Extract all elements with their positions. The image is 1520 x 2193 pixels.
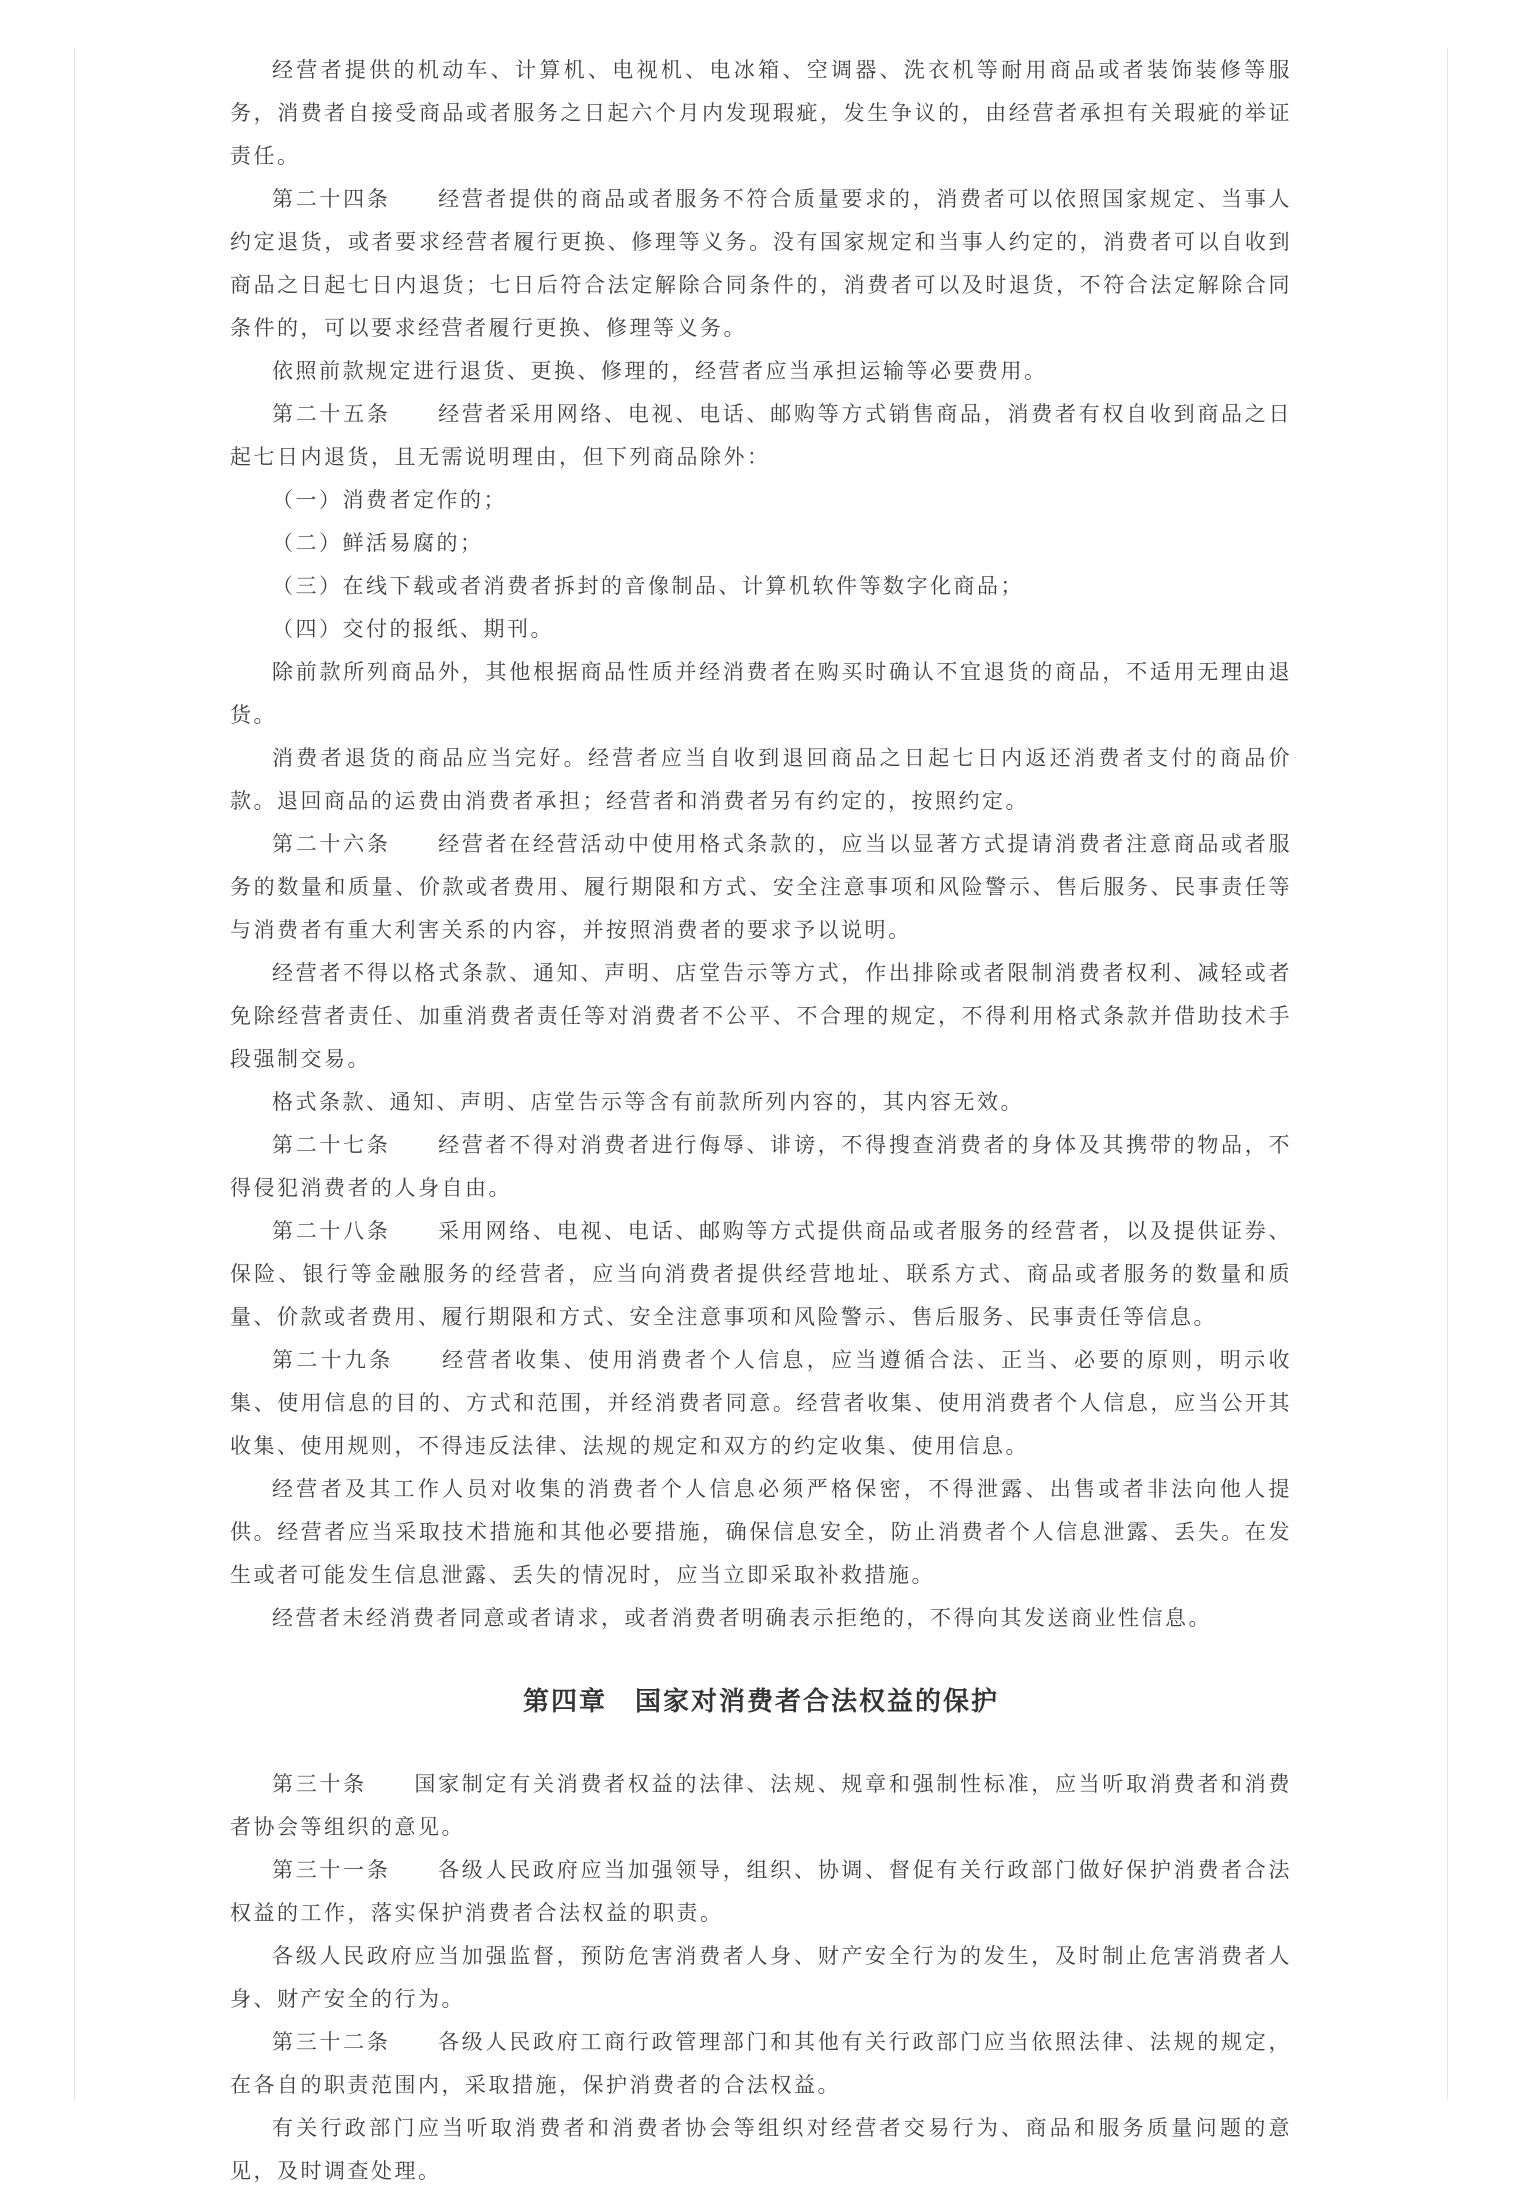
law-paragraph: （一）消费者定作的；: [230, 479, 1292, 522]
law-paragraph: 第三十二条 各级人民政府工商行政管理部门和其他有关行政部门应当依照法律、法规的规…: [230, 2021, 1292, 2107]
law-paragraph: 消费者退货的商品应当完好。经营者应当自收到退回商品之日起七日内返还消费者支付的商…: [230, 737, 1292, 823]
law-paragraph: 第二十九条 经营者收集、使用消费者个人信息，应当遵循合法、正当、必要的原则，明示…: [230, 1339, 1292, 1468]
law-paragraph: 经营者提供的机动车、计算机、电视机、电冰箱、空调器、洗衣机等耐用商品或者装饰装修…: [230, 49, 1292, 178]
law-paragraph: （四）交付的报纸、期刊。: [230, 608, 1292, 651]
law-paragraph: 各级人民政府应当加强监督，预防危害消费者人身、财产安全行为的发生，及时制止危害消…: [230, 1935, 1292, 2021]
law-paragraph: 第三十一条 各级人民政府应当加强领导，组织、协调、督促有关行政部门做好保护消费者…: [230, 1849, 1292, 1935]
law-text: 经营者提供的机动车、计算机、电视机、电冰箱、空调器、洗衣机等耐用商品或者装饰装修…: [230, 48, 1292, 2150]
law-paragraph: 第二十六条 经营者在经营活动中使用格式条款的，应当以显著方式提请消费者注意商品或…: [230, 823, 1292, 952]
law-paragraph: 第三十条 国家制定有关消费者权益的法律、法规、规章和强制性标准，应当听取消费者和…: [230, 1763, 1292, 1849]
law-paragraph: （二）鲜活易腐的；: [230, 522, 1292, 565]
law-paragraph: 格式条款、通知、声明、店堂告示等含有前款所列内容的，其内容无效。: [230, 1081, 1292, 1124]
law-paragraph: 第二十七条 经营者不得对消费者进行侮辱、诽谤，不得搜查消费者的身体及其携带的物品…: [230, 1124, 1292, 1210]
law-paragraph: 第二十五条 经营者采用网络、电视、电话、邮购等方式销售商品，消费者有权自收到商品…: [230, 393, 1292, 479]
chapter-heading: 第四章 国家对消费者合法权益的保护: [230, 1680, 1292, 1723]
document-page: 经营者提供的机动车、计算机、电视机、电冰箱、空调器、洗衣机等耐用商品或者装饰装修…: [74, 48, 1448, 2100]
law-paragraph: 第二十八条 采用网络、电视、电话、邮购等方式提供商品或者服务的经营者，以及提供证…: [230, 1210, 1292, 1339]
law-paragraph: 经营者及其工作人员对收集的消费者个人信息必须严格保密，不得泄露、出售或者非法向他…: [230, 1468, 1292, 1597]
law-paragraph: 有关行政部门应当听取消费者和消费者协会等组织对经营者交易行为、商品和服务质量问题…: [230, 2107, 1292, 2150]
law-paragraph: 经营者不得以格式条款、通知、声明、店堂告示等方式，作出排除或者限制消费者权利、减…: [230, 952, 1292, 1081]
law-paragraph: 除前款所列商品外，其他根据商品性质并经消费者在购买时确认不宜退货的商品，不适用无…: [230, 651, 1292, 737]
law-paragraph: 第二十四条 经营者提供的商品或者服务不符合质量要求的，消费者可以依照国家规定、当…: [230, 178, 1292, 350]
law-paragraph: 经营者未经消费者同意或者请求，或者消费者明确表示拒绝的，不得向其发送商业性信息。: [230, 1597, 1292, 1640]
law-paragraph: （三）在线下载或者消费者拆封的音像制品、计算机软件等数字化商品；: [230, 565, 1292, 608]
law-paragraph: 依照前款规定进行退货、更换、修理的，经营者应当承担运输等必要费用。: [230, 350, 1292, 393]
